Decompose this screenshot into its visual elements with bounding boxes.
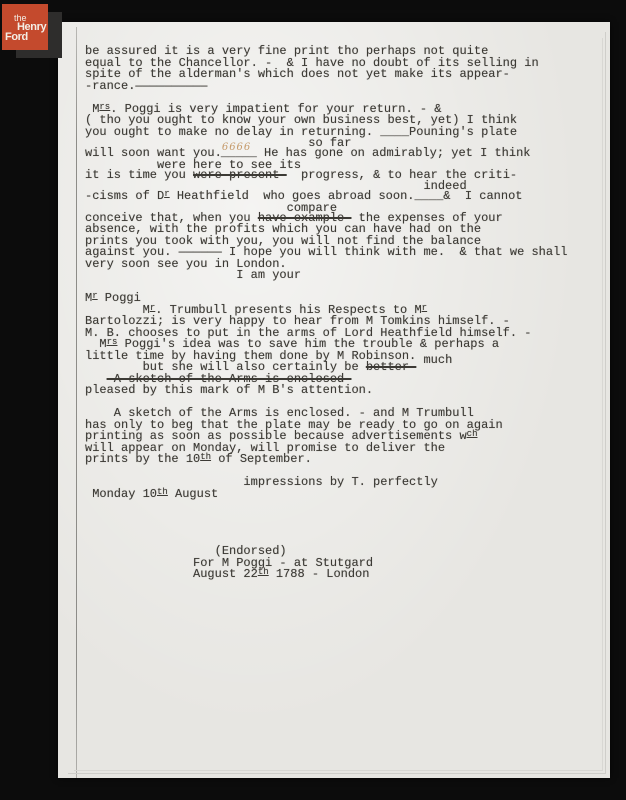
handwritten-annotation: 6666 <box>222 142 252 153</box>
typed-text: -rance.—————————— <box>85 79 207 93</box>
letter-line: prints by the 10th of September. <box>85 454 604 466</box>
letter-line: pleased by this mark of M B's attention. <box>85 385 604 397</box>
letter-line: August 22th 1788 - London <box>85 569 604 581</box>
superscript-text: th <box>258 567 269 577</box>
superscript-text: th <box>157 487 168 497</box>
document-page: be assured it is a very fine print tho p… <box>58 22 610 778</box>
superscript-text: th <box>200 452 211 462</box>
typed-text: August <box>168 487 218 501</box>
blank-line <box>85 512 604 524</box>
superscript-text: rs <box>107 337 118 347</box>
blank-line <box>85 282 604 294</box>
blank-line <box>85 523 604 535</box>
typed-text: pleased by this mark of M B's attention. <box>85 383 373 397</box>
letter-line: -rance.—————————— <box>85 81 604 93</box>
page-fold-line <box>76 27 77 778</box>
struck-text: better- <box>366 360 416 374</box>
letter-line: I am your <box>85 270 604 282</box>
superscript-text: r <box>164 189 169 199</box>
interlinear-insertion: much <box>423 353 452 367</box>
typed-text: I am your <box>85 268 301 282</box>
superscript-text: rs <box>99 102 110 112</box>
letter-lines: be assured it is a very fine print tho p… <box>85 46 604 581</box>
page-stack-edge <box>68 773 606 774</box>
typed-text: Monday 10 <box>85 487 157 501</box>
typed-text: August 22 <box>85 567 258 581</box>
blank-line <box>85 500 604 512</box>
typed-text: 1788 - London <box>269 567 370 581</box>
logo-red-square: the Henry Ford <box>2 4 48 50</box>
superscript-text: r <box>422 303 427 313</box>
page-stack-edge <box>605 32 606 773</box>
logo-text-ford: Ford <box>5 32 48 42</box>
letter-line: Monday 10th August <box>85 489 604 501</box>
page-stack-edge <box>74 770 603 771</box>
henry-ford-logo: the Henry Ford <box>2 4 72 64</box>
superscript-text: r <box>150 303 155 313</box>
typed-text: prints by the 10 <box>85 452 200 466</box>
typed-text: of September. <box>211 452 312 466</box>
letter-text: be assured it is a very fine print tho p… <box>85 46 604 581</box>
superscript-text: r <box>92 291 97 301</box>
superscript-text: ch <box>467 429 478 439</box>
